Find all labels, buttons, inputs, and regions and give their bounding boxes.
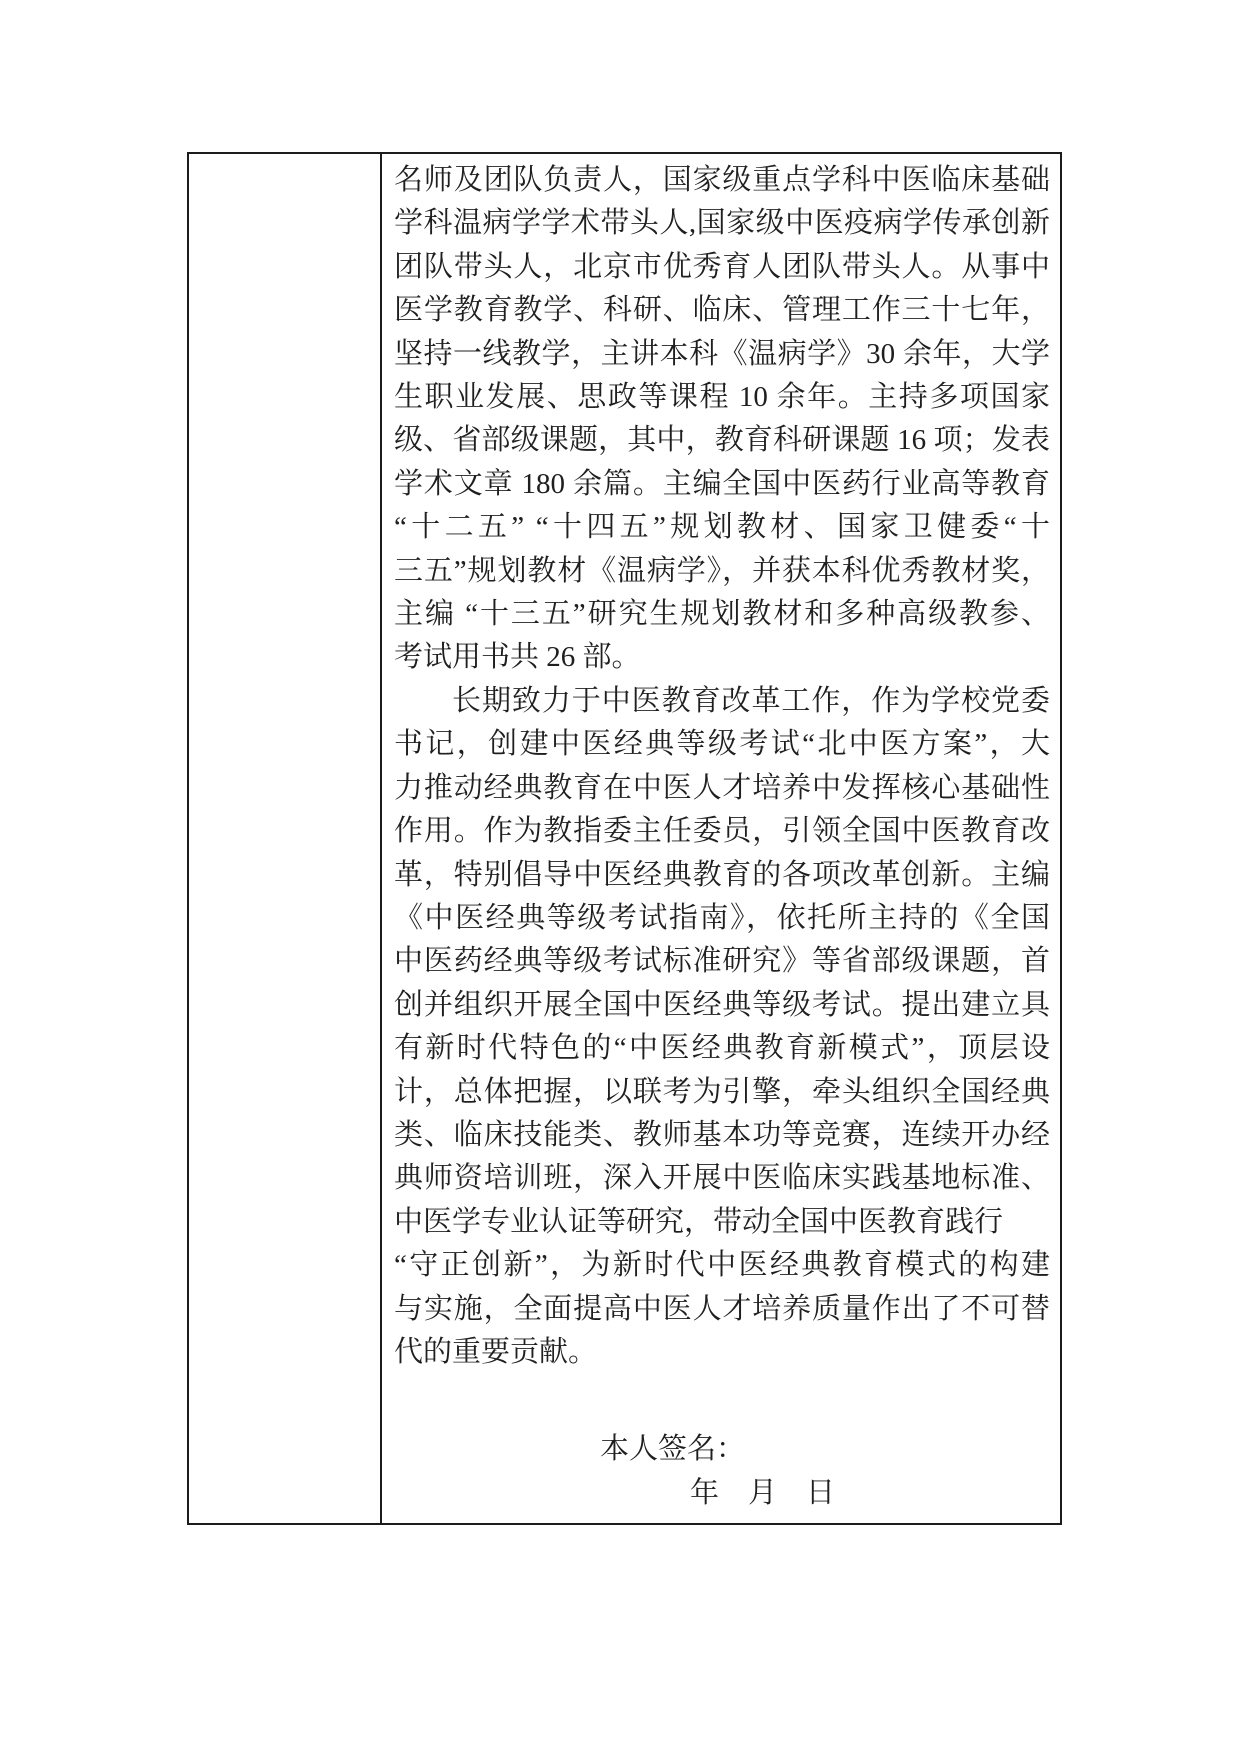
text-line: 革，特别倡导中医经典教育的各项改革创新。主编 [394,854,1050,897]
text-line: 典师资培训班，深入开展中医临床实践基地标准、 [394,1157,1050,1200]
text-line: 生职业发展、思政等课程 10 余年。主持多项国家 [394,376,1050,419]
text-line: 学科温病学学术带头人,国家级中医疫病学传承创新 [394,202,1050,245]
text-line: 考试用书共 26 部。 [394,636,1050,679]
text-line: 有新时代特色的“中医经典教育新模式”，顶层设 [394,1027,1050,1070]
text-line: 长期致力于中医教育改革工作，作为学校党委 [394,680,1050,723]
text-line: 中医学专业认证等研究，带动全国中医教育践行 [394,1201,1050,1244]
text-line: 《中医经典等级考试指南》，依托所主持的《全国 [394,897,1050,940]
table-left-cell-empty [189,154,382,1523]
text-line: 主编 “十三五”研究生规划教材和多种高级教参、 [394,593,1050,636]
text-line: 名师及团队负责人，国家级重点学科中医临床基础 [394,159,1050,202]
text-line: 类、临床技能类、教师基本功等竞赛，连续开办经 [394,1114,1050,1157]
text-line: 级、省部级课题，其中，教育科研课题 16 项；发表 [394,419,1050,462]
text-line: 三五”规划教材《温病学》，并获本科优秀教材奖， [394,550,1050,593]
text-line: 作用。作为教指委主任委员，引领全国中医教育改 [394,810,1050,853]
text-line: “十二五” “十四五”规划教材、国家卫健委“十 [394,506,1050,549]
text-line: 学术文章 180 余篇。主编全国中医药行业高等教育 [394,463,1050,506]
signature-date-line: 年 月 日 [690,1472,1050,1515]
text-line: “守正创新”，为新时代中医经典教育模式的构建 [394,1244,1050,1287]
text-line: 代的重要贡献。 [394,1331,1050,1374]
text-line: 力推动经典教育在中医人才培养中发挥核心基础性 [394,767,1050,810]
profile-form-table: 名师及团队负责人，国家级重点学科中医临床基础学科温病学学术带头人,国家级中医疫病… [187,152,1062,1525]
text-line: 书记，创建中医经典等级考试“北中医方案”，大 [394,723,1050,766]
text-line: 中医药经典等级考试标准研究》等省部级课题，首 [394,940,1050,983]
bio-paragraphs: 名师及团队负责人，国家级重点学科中医临床基础学科温病学学术带头人,国家级中医疫病… [394,159,1050,1374]
text-line: 团队带头人，北京市优秀育人团队带头人。从事中 [394,246,1050,289]
signature-label: 本人签名： [600,1428,1050,1471]
table-right-cell: 名师及团队负责人，国家级重点学科中医临床基础学科温病学学术带头人,国家级中医疫病… [382,154,1060,1523]
text-line: 坚持一线教学，主讲本科《温病学》30 余年，大学 [394,333,1050,376]
text-line: 计，总体把握，以联考为引擎，牵头组织全国经典 [394,1071,1050,1114]
text-line: 创并组织开展全国中医经典等级考试。提出建立具 [394,984,1050,1027]
text-line: 医学教育教学、科研、临床、管理工作三十七年， [394,289,1050,332]
text-line: 与实施，全面提高中医人才培养质量作出了不可替 [394,1288,1050,1331]
document-page: 名师及团队负责人，国家级重点学科中医临床基础学科温病学学术带头人,国家级中医疫病… [0,0,1241,1754]
